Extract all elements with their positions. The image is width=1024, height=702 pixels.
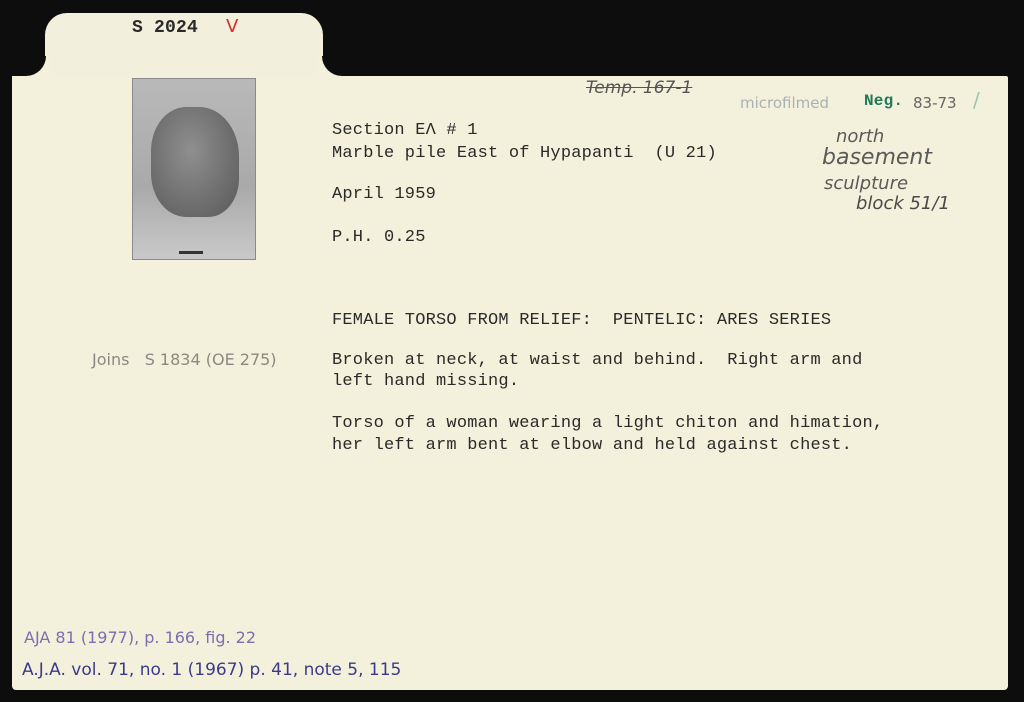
findspot: Marble pile East of Hypapanti (U 21)	[332, 144, 717, 163]
dimensions: P.H. 0.25	[332, 228, 426, 247]
red-checkmark: V	[226, 16, 238, 37]
location-note-line4: block 51/1	[856, 193, 950, 214]
object-title: FEMALE TORSO FROM RELIEF: PENTELIC: ARES…	[332, 311, 831, 330]
joins-note: Joins S 1834 (OE 275)	[92, 350, 277, 369]
object-photo	[132, 78, 256, 260]
torso-image	[151, 107, 239, 217]
location-note-line3: sculpture	[824, 173, 908, 194]
date: April 1959	[332, 185, 436, 204]
scale-bar	[179, 251, 203, 254]
bibliography-2: A.J.A. vol. 71, no. 1 (1967) p. 41, note…	[22, 660, 401, 680]
section: Section EΛ # 1	[332, 121, 478, 140]
accession-number: S 2024	[132, 18, 198, 38]
location-note-line1: north	[836, 126, 884, 147]
tab-shoulder-left	[12, 56, 52, 86]
condition-line1: Broken at neck, at waist and behind. Rig…	[332, 351, 863, 370]
neg-label: Neg.	[864, 92, 903, 110]
location-note-line2: basement	[822, 145, 932, 170]
condition-line2: left hand missing.	[332, 372, 519, 391]
tab-shoulder-right	[316, 56, 356, 86]
bibliography-1: AJA 81 (1977), p. 166, fig. 22	[24, 628, 256, 647]
neg-check: /	[973, 88, 980, 112]
description-line2: her left arm bent at elbow and held agai…	[332, 436, 852, 455]
microfilmed-stamp: microfilmed	[740, 94, 829, 112]
crossed-out-note: Temp. 167-1	[586, 78, 692, 98]
description-line1: Torso of a woman wearing a light chiton …	[332, 414, 883, 433]
neg-number: 83-73	[913, 94, 957, 112]
